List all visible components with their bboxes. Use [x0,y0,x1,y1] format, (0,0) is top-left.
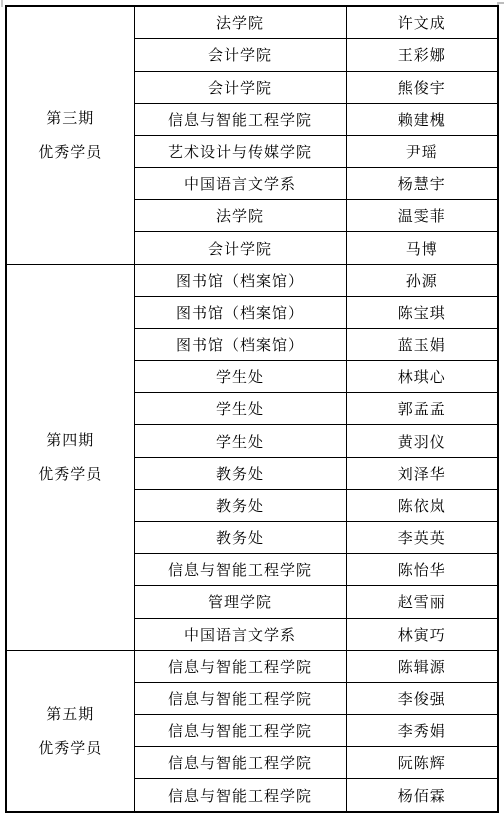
department-cell: 学生处 [134,393,346,425]
period-sublabel: 优秀学员 [7,464,134,484]
name-cell: 郭孟孟 [346,393,498,425]
table-row: 第五期 优秀学员 信息与智能工程学院 陈辑源 [6,650,498,682]
period-cell-3: 第三期 优秀学员 [6,6,134,264]
period-cell-4: 第四期 优秀学员 [6,264,134,650]
department-cell: 图书馆（档案馆） [134,328,346,360]
name-cell: 陈辑源 [346,650,498,682]
period-label: 第三期 [7,108,134,128]
name-cell: 温雯菲 [346,200,498,232]
name-cell: 孙源 [346,264,498,296]
department-cell: 会计学院 [134,39,346,71]
period-label: 第五期 [7,704,134,724]
name-cell: 林寅巧 [346,618,498,650]
period-label: 第四期 [7,430,134,450]
name-cell: 蓝玉娟 [346,328,498,360]
department-cell: 信息与智能工程学院 [134,650,346,682]
name-cell: 许文成 [346,6,498,39]
department-cell: 艺术设计与传媒学院 [134,135,346,167]
department-cell: 信息与智能工程学院 [134,715,346,747]
department-cell: 学生处 [134,361,346,393]
name-cell: 李俊强 [346,682,498,714]
name-cell: 刘泽华 [346,457,498,489]
name-cell: 林琪心 [346,361,498,393]
period-sublabel: 优秀学员 [7,142,134,162]
document-page: 第三期 优秀学员 法学院 许文成 会计学院 王彩娜 会计学院 熊俊宇 信息与智能… [0,0,504,819]
screenshot-edge-artifact [1,0,3,7]
name-cell: 李秀娟 [346,715,498,747]
department-cell: 教务处 [134,489,346,521]
period-sublabel: 优秀学员 [7,738,134,758]
department-cell: 教务处 [134,457,346,489]
name-cell: 尹瑶 [346,135,498,167]
name-cell: 陈宝琪 [346,296,498,328]
department-cell: 中国语言文学系 [134,618,346,650]
name-cell: 杨佰霖 [346,779,498,812]
table-row: 第四期 优秀学员 图书馆（档案馆） 孙源 [6,264,498,296]
name-cell: 阮陈辉 [346,747,498,779]
name-cell: 熊俊宇 [346,71,498,103]
department-cell: 信息与智能工程学院 [134,682,346,714]
name-cell: 赵雪丽 [346,586,498,618]
name-cell: 陈怡华 [346,554,498,586]
department-cell: 信息与智能工程学院 [134,779,346,812]
trainee-roster-table: 第三期 优秀学员 法学院 许文成 会计学院 王彩娜 会计学院 熊俊宇 信息与智能… [5,5,499,813]
department-cell: 信息与智能工程学院 [134,747,346,779]
name-cell: 赖建槐 [346,103,498,135]
name-cell: 陈依岚 [346,489,498,521]
department-cell: 教务处 [134,521,346,553]
table-row: 第三期 优秀学员 法学院 许文成 [6,6,498,39]
name-cell: 黄羽仪 [346,425,498,457]
department-cell: 管理学院 [134,586,346,618]
name-cell: 李英英 [346,521,498,553]
name-cell: 王彩娜 [346,39,498,71]
department-cell: 中国语言文学系 [134,168,346,200]
department-cell: 会计学院 [134,232,346,264]
department-cell: 学生处 [134,425,346,457]
department-cell: 图书馆（档案馆） [134,296,346,328]
department-cell: 法学院 [134,200,346,232]
department-cell: 信息与智能工程学院 [134,554,346,586]
name-cell: 马博 [346,232,498,264]
department-cell: 会计学院 [134,71,346,103]
department-cell: 图书馆（档案馆） [134,264,346,296]
name-cell: 杨慧宇 [346,168,498,200]
period-cell-5: 第五期 优秀学员 [6,650,134,812]
department-cell: 信息与智能工程学院 [134,103,346,135]
department-cell: 法学院 [134,6,346,39]
